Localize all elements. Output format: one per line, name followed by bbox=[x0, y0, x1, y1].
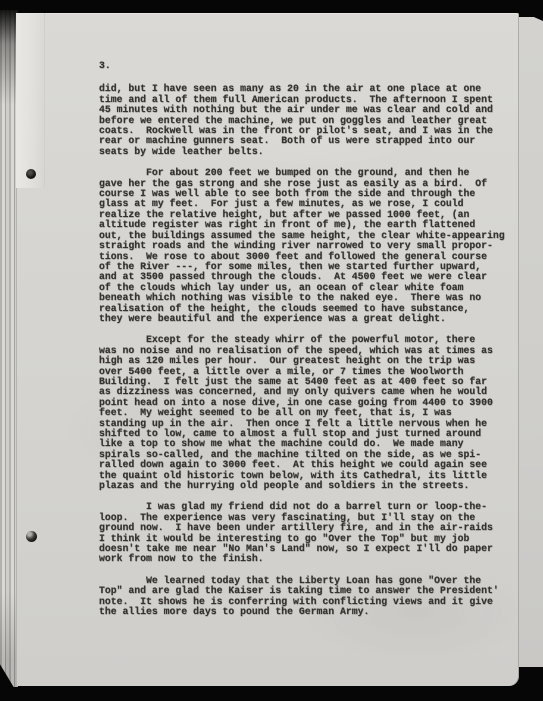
punch-hole-top bbox=[26, 169, 36, 179]
paragraph-4: I was glad my friend did not do a barrel… bbox=[99, 502, 515, 564]
page-corner-highlight bbox=[16, 13, 45, 188]
paragraph-3: Except for the steady whirr of the power… bbox=[99, 335, 515, 491]
paragraph-1: did, but I have seen as many as 20 in th… bbox=[99, 84, 515, 157]
paragraph-2: For about 200 feet we bumped on the grou… bbox=[99, 168, 515, 324]
letter-text-block: 3. did, but I have seen as many as 20 in… bbox=[99, 61, 515, 629]
scan-black-band-bottom bbox=[0, 687, 543, 701]
punch-hole-bottom bbox=[26, 531, 37, 542]
page-number: 3. bbox=[99, 61, 515, 71]
paragraph-5: We learned today that the Liberty Loan h… bbox=[99, 576, 515, 618]
